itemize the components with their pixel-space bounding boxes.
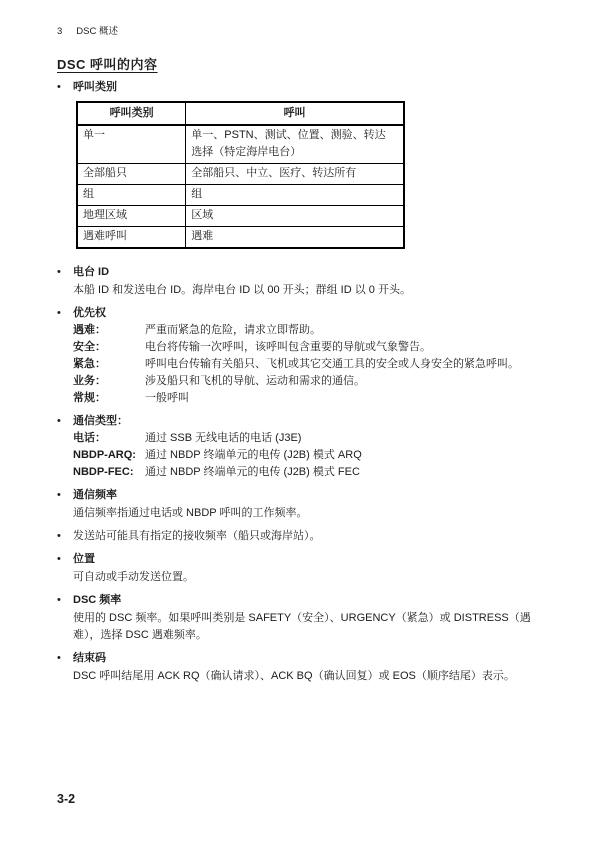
section-heading-comm-type: 通信类型： — [73, 413, 533, 430]
section-heading-station-id: 电台 ID — [73, 264, 533, 281]
cell-call-text: 单一、PSTN、测试、位置、测验、转达选择（特定海岸电台） — [191, 127, 387, 161]
section-body-comm-freq: 通信频率指通过电话或 NBDP 呼叫的工作频率。 — [73, 505, 533, 522]
section-priority: • 优先权 遇难： 严重而紧急的危险，请求立即帮助。 安全： 电台将传输一次呼叫… — [57, 305, 533, 407]
section-body-dsc-freq: 使用的 DSC 频率。如果呼叫类别是 SAFETY（安全）、URGENCY（紧急… — [73, 610, 533, 644]
table-row: 地理区域 区域 — [77, 206, 404, 227]
table-header-row: 呼叫类别 呼叫 — [77, 102, 404, 125]
bullet-icon: • — [57, 487, 73, 522]
section-body-station-id: 本船 ID 和发送电台 ID。海岸电台 ID 以 00 开头；群组 ID 以 0… — [73, 282, 533, 299]
priority-desc: 严重而紧急的危险，请求立即帮助。 — [145, 322, 533, 339]
priority-label: 常规： — [73, 390, 145, 407]
cell-category: 单一 — [77, 125, 186, 164]
cell-category: 地理区域 — [77, 206, 186, 227]
cell-call: 遇难 — [186, 227, 404, 249]
section-heading-call-category: 呼叫类别 — [73, 79, 533, 96]
comm-type-desc: 通过 SSB 无线电话的电话 (J3E) — [145, 430, 533, 447]
section-body-end-code: DSC 呼叫结尾用 ACK RQ（确认请求）、ACK BQ（确认回复）或 EOS… — [73, 668, 533, 685]
bullet-icon: • — [57, 592, 73, 644]
section-call-category: • 呼叫类别 呼叫类别 呼叫 单一 单一、PSTN、测试、位置、测验、转达选择（… — [57, 79, 533, 258]
section-heading-position: 位置 — [73, 551, 533, 568]
cell-call: 单一、PSTN、测试、位置、测验、转达选择（特定海岸电台） — [186, 125, 404, 164]
page-number: 3-2 — [57, 792, 75, 806]
section-end-code: • 结束码 DSC 呼叫结尾用 ACK RQ（确认请求）、ACK BQ（确认回复… — [57, 650, 533, 685]
running-header: 3DSC 概述 — [57, 23, 118, 37]
comm-type-desc: 通过 NBDP 终端单元的电传 (J2B) 模式 FEC — [145, 464, 533, 481]
comm-type-label: NBDP-ARQ: — [73, 447, 145, 464]
comm-type-item-nbdp-arq: NBDP-ARQ: 通过 NBDP 终端单元的电传 (J2B) 模式 ARQ — [73, 447, 533, 464]
priority-desc: 电台将传输一次呼叫，该呼叫包含重要的导航或气象警告。 — [145, 339, 533, 356]
priority-label: 安全： — [73, 339, 145, 356]
priority-item-distress: 遇难： 严重而紧急的危险，请求立即帮助。 — [73, 322, 533, 339]
section-heading-end-code: 结束码 — [73, 650, 533, 667]
priority-label: 遇难： — [73, 322, 145, 339]
priority-item-routine: 常规： 一般呼叫 — [73, 390, 533, 407]
bullet-icon: • — [57, 650, 73, 685]
table-header-call: 呼叫 — [186, 102, 404, 125]
priority-item-urgency: 紧急： 呼叫电台传输有关船只、飞机或其它交通工具的安全或人身安全的紧急呼叫。 — [73, 356, 533, 373]
chapter-title: DSC 概述 — [76, 26, 118, 37]
table-row: 单一 单一、PSTN、测试、位置、测验、转达选择（特定海岸电台） — [77, 125, 404, 164]
cell-category: 全部船只 — [77, 164, 186, 185]
comm-type-desc: 通过 NBDP 终端单元的电传 (J2B) 模式 ARQ — [145, 447, 533, 464]
section-body-recv-freq: 发送站可能具有指定的接收频率（船只或海岸站）。 — [73, 528, 533, 545]
priority-label: 业务： — [73, 373, 145, 390]
comm-type-label: 电话： — [73, 430, 145, 447]
table-row: 组 组 — [77, 185, 404, 206]
section-heading-dsc-freq: DSC 频率 — [73, 592, 533, 609]
priority-item-safety: 安全： 电台将传输一次呼叫，该呼叫包含重要的导航或气象警告。 — [73, 339, 533, 356]
comm-type-item-telephone: 电话： 通过 SSB 无线电话的电话 (J3E) — [73, 430, 533, 447]
bullet-icon: • — [57, 305, 73, 407]
priority-item-business: 业务： 涉及船只和飞机的导航、运动和需求的通信。 — [73, 373, 533, 390]
bullet-icon: • — [57, 413, 73, 481]
page-title: DSC 呼叫的内容 — [57, 54, 158, 73]
priority-label: 紧急： — [73, 356, 145, 373]
cell-call: 全部船只、中立、医疗、转达所有 — [186, 164, 404, 185]
section-comm-freq: • 通信频率 通信频率指通过电话或 NBDP 呼叫的工作频率。 — [57, 487, 533, 522]
page-content: • 呼叫类别 呼叫类别 呼叫 单一 单一、PSTN、测试、位置、测验、转达选择（… — [57, 79, 533, 685]
table-row: 遇难呼叫 遇难 — [77, 227, 404, 249]
priority-desc: 一般呼叫 — [145, 390, 533, 407]
table-header-category: 呼叫类别 — [77, 102, 186, 125]
section-station-id: • 电台 ID 本船 ID 和发送电台 ID。海岸电台 ID 以 00 开头；群… — [57, 264, 533, 299]
section-recv-freq: • 发送站可能具有指定的接收频率（船只或海岸站）。 — [57, 528, 533, 545]
comm-type-label: NBDP-FEC: — [73, 464, 145, 481]
bullet-icon: • — [57, 79, 73, 258]
section-dsc-freq: • DSC 频率 使用的 DSC 频率。如果呼叫类别是 SAFETY（安全）、U… — [57, 592, 533, 644]
section-heading-priority: 优先权 — [73, 305, 533, 322]
priority-desc: 涉及船只和飞机的导航、运动和需求的通信。 — [145, 373, 533, 390]
section-heading-comm-freq: 通信频率 — [73, 487, 533, 504]
section-comm-type: • 通信类型： 电话： 通过 SSB 无线电话的电话 (J3E) NBDP-AR… — [57, 413, 533, 481]
section-body-position: 可自动或手动发送位置。 — [73, 569, 533, 586]
cell-category: 遇难呼叫 — [77, 227, 186, 249]
comm-type-item-nbdp-fec: NBDP-FEC: 通过 NBDP 终端单元的电传 (J2B) 模式 FEC — [73, 464, 533, 481]
chapter-number: 3 — [57, 26, 62, 37]
call-category-table: 呼叫类别 呼叫 单一 单一、PSTN、测试、位置、测验、转达选择（特定海岸电台）… — [76, 101, 405, 249]
bullet-icon: • — [57, 528, 73, 545]
bullet-icon: • — [57, 264, 73, 299]
priority-desc: 呼叫电台传输有关船只、飞机或其它交通工具的安全或人身安全的紧急呼叫。 — [145, 356, 533, 373]
cell-call: 组 — [186, 185, 404, 206]
section-position: • 位置 可自动或手动发送位置。 — [57, 551, 533, 586]
cell-call: 区域 — [186, 206, 404, 227]
cell-category: 组 — [77, 185, 186, 206]
table-row: 全部船只 全部船只、中立、医疗、转达所有 — [77, 164, 404, 185]
bullet-icon: • — [57, 551, 73, 586]
manual-page: 3DSC 概述 DSC 呼叫的内容 • 呼叫类别 呼叫类别 呼叫 单一 单一、P… — [0, 0, 595, 842]
